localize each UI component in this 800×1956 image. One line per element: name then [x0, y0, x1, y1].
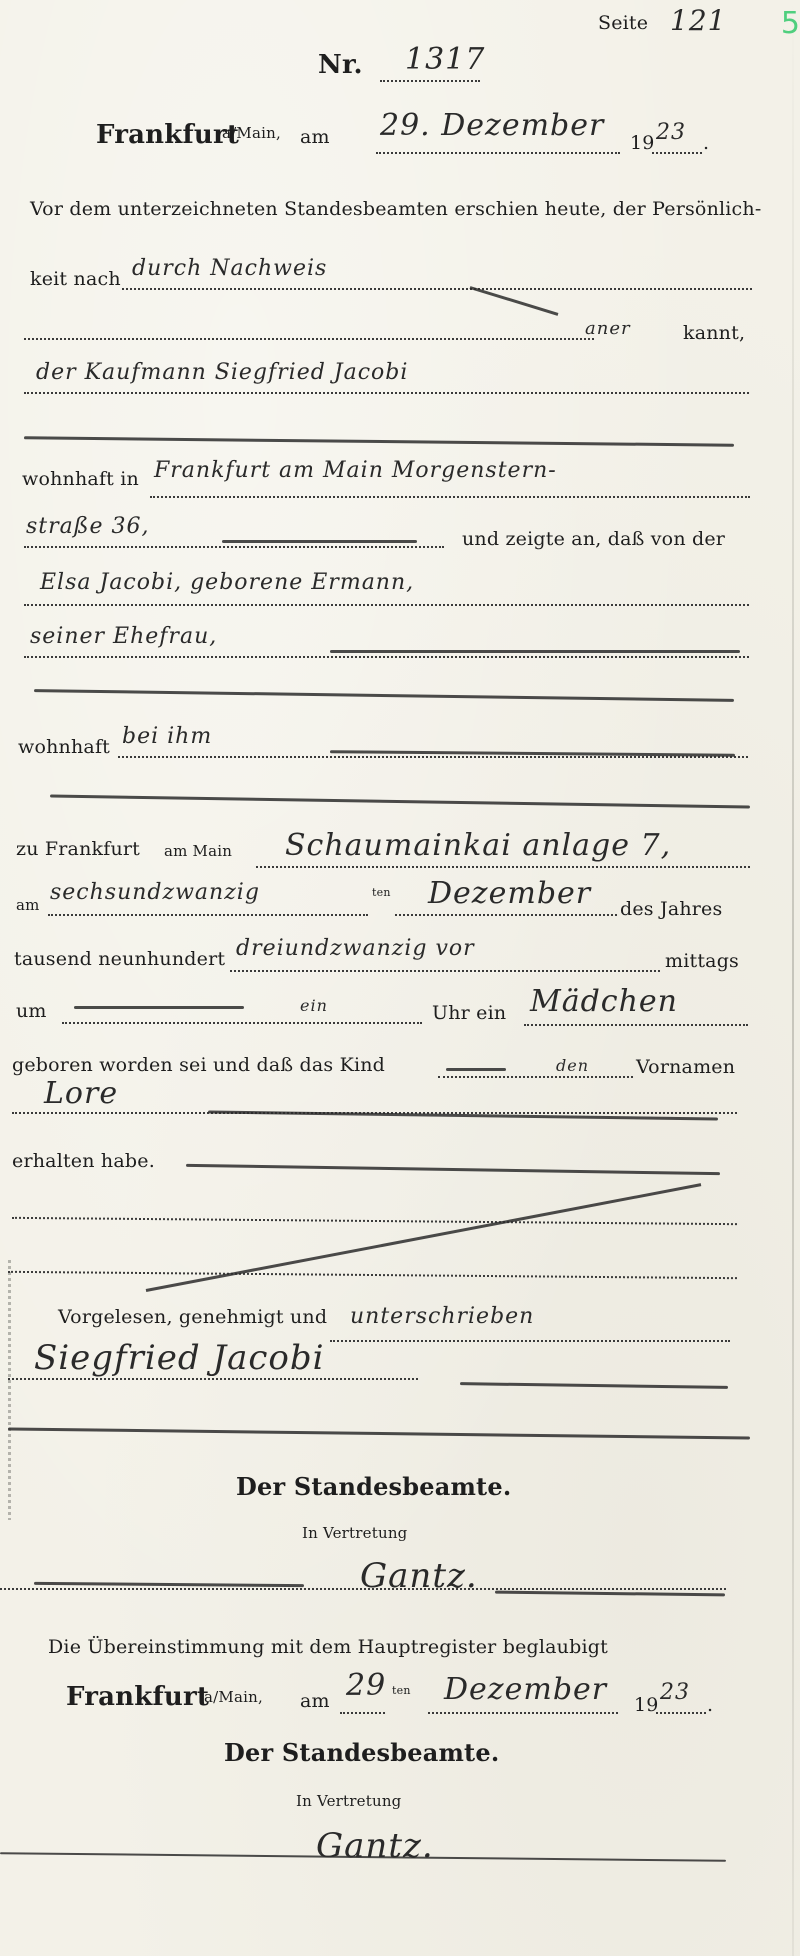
mother-residence-line — [118, 756, 748, 758]
informant-signature: Siegfried Jacobi — [34, 1338, 325, 1378]
date-am-label: am — [300, 126, 330, 148]
blank-line-3 — [8, 1271, 737, 1279]
section-divider-1 — [8, 1427, 750, 1439]
year-text: des Jahres — [620, 898, 722, 920]
vornamen-line — [438, 1076, 633, 1078]
filler-line-12 — [34, 1582, 304, 1587]
cert-am-label: am — [300, 1690, 330, 1712]
date-line — [376, 152, 620, 154]
cert-official-signature: Gantz. — [316, 1826, 434, 1866]
filler-line-8 — [446, 1068, 506, 1071]
register-number-value: 1317 — [405, 42, 485, 77]
residence-line-1 — [150, 496, 750, 498]
read-approved-text: Vorgelesen, genehmigt und — [58, 1306, 327, 1328]
certification-text: Die Übereinstimmung mit dem Hauptregiste… — [48, 1636, 608, 1658]
received-text: erhalten habe. — [12, 1150, 155, 1172]
document-page: Seite 121 5 Nr. 1317 Frankfurt a/Main, a… — [0, 0, 800, 1956]
known-value: aner — [585, 318, 631, 339]
vornamen-text: Vornamen — [636, 1056, 735, 1078]
page-edge-mark — [8, 1260, 11, 1520]
filler-line-2 — [222, 540, 417, 543]
cert-month-value: Dezember — [444, 1672, 607, 1707]
intro-text: Vor dem unterzeichneten Standesbeamten e… — [30, 198, 761, 220]
mother-value-2: seiner Ehefrau, — [30, 624, 217, 649]
child-sex-line — [524, 1024, 748, 1026]
birthday-prefix: am — [16, 896, 40, 914]
register-number-label: Nr. — [318, 50, 363, 80]
cert-year-line — [656, 1712, 706, 1714]
year-end-dot: . — [703, 132, 709, 154]
filler-line-4 — [34, 689, 734, 702]
birthplace-value: Schaumainkai anlage 7, — [285, 828, 671, 863]
birthplace-mid: am Main — [164, 842, 232, 860]
read-approved-line — [330, 1340, 730, 1342]
cert-year-end-dot: . — [707, 1694, 713, 1716]
mittags-text: mittags — [665, 950, 739, 972]
cert-month-line — [428, 1712, 618, 1714]
identity-prefix: keit nach — [30, 268, 121, 290]
strike-mark — [470, 286, 559, 316]
birthmonth-line — [395, 914, 617, 916]
year-value: dreiundzwanzig vor — [236, 936, 475, 961]
year-value-line — [230, 970, 660, 972]
um-text: um — [16, 1000, 47, 1022]
birthmonth-value: Dezember — [428, 876, 591, 911]
cert-day-ten-suffix: ten — [392, 1684, 411, 1697]
blank-line-1 — [24, 338, 594, 340]
filler-line-13 — [495, 1591, 725, 1597]
informant-value: der Kaufmann Siegfried Jacobi — [36, 360, 408, 385]
filler-line-6 — [50, 795, 750, 809]
year-line — [652, 152, 702, 154]
filler-line-10 — [186, 1164, 720, 1175]
residence-value-1: Frankfurt am Main Morgenstern- — [154, 458, 557, 483]
deputy-label: In Vertretung — [302, 1524, 407, 1542]
mother-value-1: Elsa Jacobi, geborene Ermann, — [40, 570, 414, 595]
informant-line — [24, 392, 749, 394]
child-sex-value: Mädchen — [530, 984, 678, 1019]
cert-deputy-label: In Vertretung — [296, 1792, 401, 1810]
hour-line — [62, 1022, 422, 1024]
birthday-ten-suffix: ten — [372, 886, 391, 899]
residence-value-2: straße 36, — [26, 514, 149, 539]
birthday-value: sechsundzwanzig — [50, 880, 260, 905]
page-number: 121 — [670, 4, 726, 37]
year-prefix: 19 — [630, 132, 655, 154]
green-margin-mark: 5 — [781, 6, 800, 41]
cert-year-prefix: 19 — [634, 1694, 659, 1716]
cert-year-suffix: 23 — [660, 1680, 690, 1705]
read-approved-value: unterschrieben — [350, 1304, 534, 1329]
mother-line-1 — [24, 604, 749, 606]
informant-signature-line — [8, 1378, 418, 1380]
cert-place-name: Frankfurt — [66, 1682, 209, 1712]
identity-line — [122, 288, 752, 290]
residence-line-2 — [24, 546, 444, 548]
cert-official-title: Der Standesbeamte. — [224, 1738, 499, 1767]
vornamen-hand: den — [556, 1056, 589, 1075]
filler-line-3 — [330, 650, 740, 653]
child-name-value: Lore — [44, 1076, 118, 1111]
official-signature-line — [0, 1588, 726, 1590]
year-prefix-text: tausend neunhundert — [14, 948, 225, 970]
cert-day-line — [340, 1712, 385, 1714]
known-suffix: kannt, — [683, 322, 745, 344]
filler-line-1 — [24, 436, 734, 446]
cert-day-value: 29 — [346, 1668, 386, 1703]
place-name: Frankfurt — [96, 120, 239, 150]
birthplace-line — [256, 866, 750, 868]
reported-text: und zeigte an, daß von der — [462, 528, 725, 550]
mother-line-2 — [24, 656, 749, 658]
residence-prefix: wohnhaft in — [22, 468, 139, 490]
cert-place-suffix: a/Main, — [204, 1688, 263, 1706]
hour-value: ein — [300, 996, 328, 1015]
born-text: geboren worden sei und daß das Kind — [12, 1054, 385, 1076]
year-suffix: 23 — [656, 120, 686, 145]
registration-date: 29. Dezember — [380, 108, 604, 143]
page-label: Seite — [598, 12, 648, 34]
birthday-line — [48, 914, 368, 916]
register-number-line — [380, 80, 480, 82]
mother-residence-value: bei ihm — [122, 724, 212, 749]
filler-line-7 — [74, 1006, 244, 1009]
identity-value: durch Nachweis — [132, 256, 327, 281]
birthplace-prefix: zu Frankfurt — [16, 838, 140, 860]
official-title: Der Standesbeamte. — [236, 1472, 511, 1501]
uhr-text: Uhr ein — [432, 1002, 506, 1024]
mother-residence-prefix: wohnhaft — [18, 736, 110, 758]
official-signature: Gantz. — [360, 1556, 478, 1596]
place-suffix: a/Main, — [222, 124, 281, 142]
blank-line-2 — [12, 1217, 737, 1225]
filler-line-11 — [460, 1382, 728, 1389]
